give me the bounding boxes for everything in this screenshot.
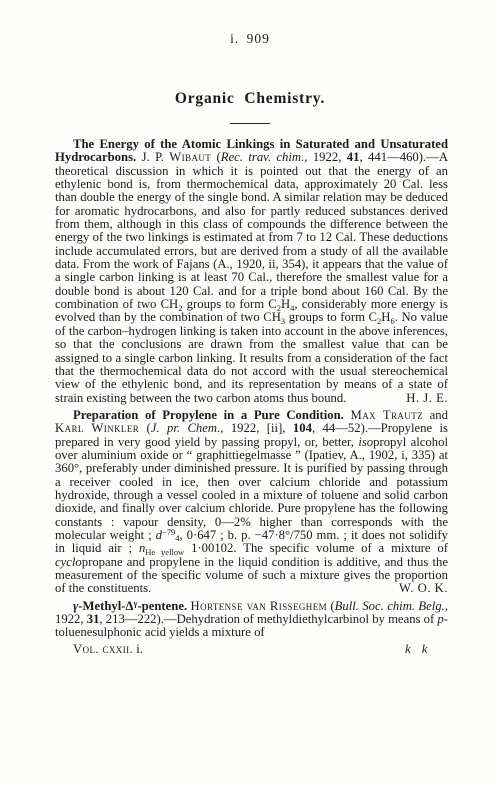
text-run: J. P. xyxy=(136,150,169,164)
text-run: , 441—460).—A theoretical discussion in … xyxy=(55,150,448,311)
text-run: groups to form C xyxy=(182,297,276,311)
text-run: ( xyxy=(327,599,335,613)
volume-footnote: Vol. cxxii. i. xyxy=(73,642,143,656)
text-run: ( xyxy=(139,421,151,435)
section-divider-rule xyxy=(230,123,270,124)
text-run: 1·00102. The specific volume of a mixtur… xyxy=(184,541,448,555)
abstractor-initials: W. O. K. xyxy=(387,582,448,595)
page-footer: Vol. cxxii. i. k k xyxy=(55,643,448,657)
text-run: 2 xyxy=(277,303,281,313)
volume-number: 104 xyxy=(293,421,312,435)
volume-label: Vol. cxxii. xyxy=(73,642,133,656)
volume-number: 41 xyxy=(347,150,360,164)
text-run: groups to form C xyxy=(285,310,377,324)
abstract-title: -Methyl-Δ xyxy=(78,599,133,613)
journal-reference: Bull. Soc. chim. Belg., xyxy=(335,599,448,613)
text-run: and xyxy=(423,408,448,422)
journal-page: i. 909 Organic Chemistry. The Energy of … xyxy=(0,0,500,786)
author-name: Max Trautz xyxy=(351,408,423,422)
text-run: iso xyxy=(358,435,373,449)
text-run: 6 xyxy=(390,316,394,326)
text-run: 1922, [ii], xyxy=(223,421,292,435)
printers-signature-mark: k k xyxy=(387,643,431,656)
text-run: cyclo xyxy=(55,555,82,569)
text-run: 2 xyxy=(178,303,182,313)
text-run: 1922, xyxy=(307,150,346,164)
journal-reference: J. pr. Chem., xyxy=(151,421,224,435)
series-label: i. xyxy=(133,642,143,656)
author-name: Wibaut xyxy=(169,150,211,164)
abstract-title: Preparation of Propylene in a Pure Condi… xyxy=(73,408,344,422)
abstract-preparation-propylene: Preparation of Propylene in a Pure Condi… xyxy=(55,409,448,596)
journal-reference: Rec. trav. chim., xyxy=(221,150,308,164)
abstract-methyl-pentene: γ-Methyl-Δγ-pentene. Hortense van Risseg… xyxy=(55,600,448,640)
text-run: , 213—222).—Dehydration of methyldiethyl… xyxy=(99,612,437,626)
text-run: 4 xyxy=(175,533,179,543)
page-number: i. 909 xyxy=(0,31,500,47)
text-run: 2 xyxy=(377,316,381,326)
author-name: Karl Winkler xyxy=(55,421,139,435)
author-name: Hortense van Risseghem xyxy=(191,599,328,613)
text-run: 3 xyxy=(281,316,285,326)
text-run: H xyxy=(281,297,290,311)
abstracts-column: The Energy of the Atomic Linkings in Sat… xyxy=(55,138,448,657)
volume-number: 31 xyxy=(87,612,100,626)
text-run xyxy=(344,408,351,422)
text-run: propyl alcohol over aluminium oxide or “… xyxy=(55,435,448,542)
text-run: 4 xyxy=(290,303,294,313)
abstract-energy-atomic-linkings: The Energy of the Atomic Linkings in Sat… xyxy=(55,138,448,405)
text-run: ( xyxy=(211,150,221,164)
abstract-title: -pentene. xyxy=(137,599,187,613)
text-run: He yellow xyxy=(145,547,184,557)
text-run: 1922, xyxy=(55,612,87,626)
abstractor-initials: H. J. E. xyxy=(394,392,448,405)
text-run: −79 xyxy=(162,527,175,537)
abstract-title: γ xyxy=(133,598,137,608)
section-title: Organic Chemistry. xyxy=(0,90,500,108)
